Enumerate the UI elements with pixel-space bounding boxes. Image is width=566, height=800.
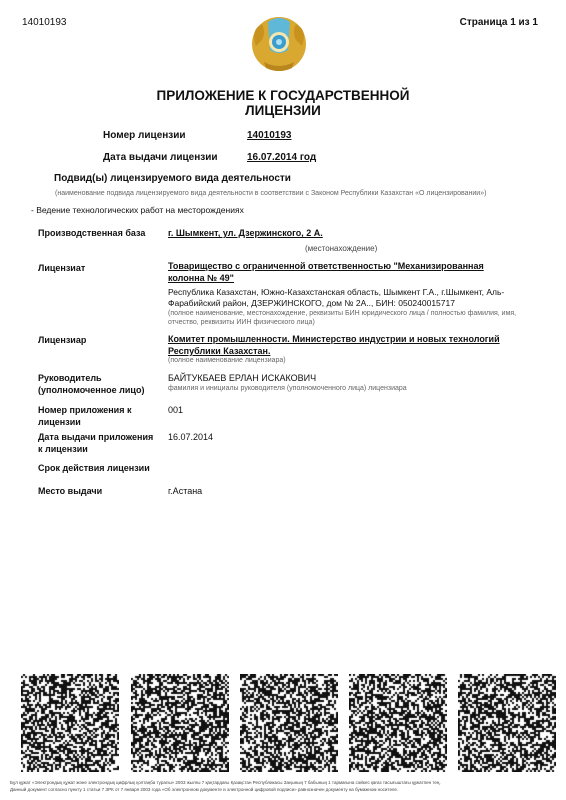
qr-code-2 (131, 674, 229, 772)
qr-code-5 (458, 674, 556, 772)
page-indicator: Страница 1 из 1 (460, 17, 538, 28)
qr-code-3 (240, 674, 338, 772)
qr-code-4 (349, 674, 447, 772)
production-base-label: Производственная база (38, 227, 163, 239)
licensee-label: Лицензиат (38, 262, 163, 274)
appendix-date-label: Дата выдачи приложения к лицензии (38, 431, 158, 455)
state-emblem-icon (246, 12, 312, 76)
production-base-note: (местонахождение) (305, 244, 377, 253)
licensor-label: Лицензиар (38, 334, 163, 346)
licensor-note: (полное наименование лицензиара) (168, 356, 286, 365)
licensee-name: Товарищество с ограниченной ответственно… (168, 260, 498, 284)
appendix-number-value: 001 (168, 404, 528, 416)
license-number-value: 14010193 (247, 130, 292, 141)
header-doc-number: 14010193 (22, 17, 67, 28)
place-value: г.Астана (168, 485, 528, 497)
subtype-heading: Подвид(ы) лицензируемого вида деятельнос… (54, 173, 291, 184)
validity-label: Срок действия лицензии (38, 462, 168, 474)
head-note: фамилия и инициалы руководителя (уполном… (168, 384, 407, 393)
qr-code-1 (21, 674, 119, 772)
appendix-date-value: 16.07.2014 (168, 431, 528, 443)
subtype-item: - Ведение технологических работ на место… (31, 205, 244, 215)
licensee-note: (полное наименование, местонахождение, р… (168, 309, 518, 327)
footer-legal-note: Бұл құжат «Электрондық құжат және электр… (10, 779, 550, 793)
document-title: ПРИЛОЖЕНИЕ К ГОСУДАРСТВЕННОЙ ЛИЦЕНЗИИ (0, 88, 566, 118)
head-value: БАЙТУКБАЕВ ЕРЛАН ИСКАКОВИЧ (168, 372, 528, 384)
licensee-address: Республика Казахстан, Южно-Казахстанская… (168, 287, 528, 309)
subtype-note: (наименование подвида лицензируемого вид… (55, 189, 486, 198)
license-date-value: 16.07.2014 год (247, 152, 316, 163)
license-number-label: Номер лицензии (103, 130, 186, 141)
license-date-label: Дата выдачи лицензии (103, 152, 218, 163)
place-label: Место выдачи (38, 485, 163, 497)
head-label: Руководитель (уполномоченное лицо) (38, 372, 163, 396)
production-base-value: г. Шымкент, ул. Дзержинского, 2 А. (168, 227, 528, 239)
licensor-name: Комитет промышленности. Министерство инд… (168, 333, 508, 357)
appendix-number-label: Номер приложения к лицензии (38, 404, 138, 428)
